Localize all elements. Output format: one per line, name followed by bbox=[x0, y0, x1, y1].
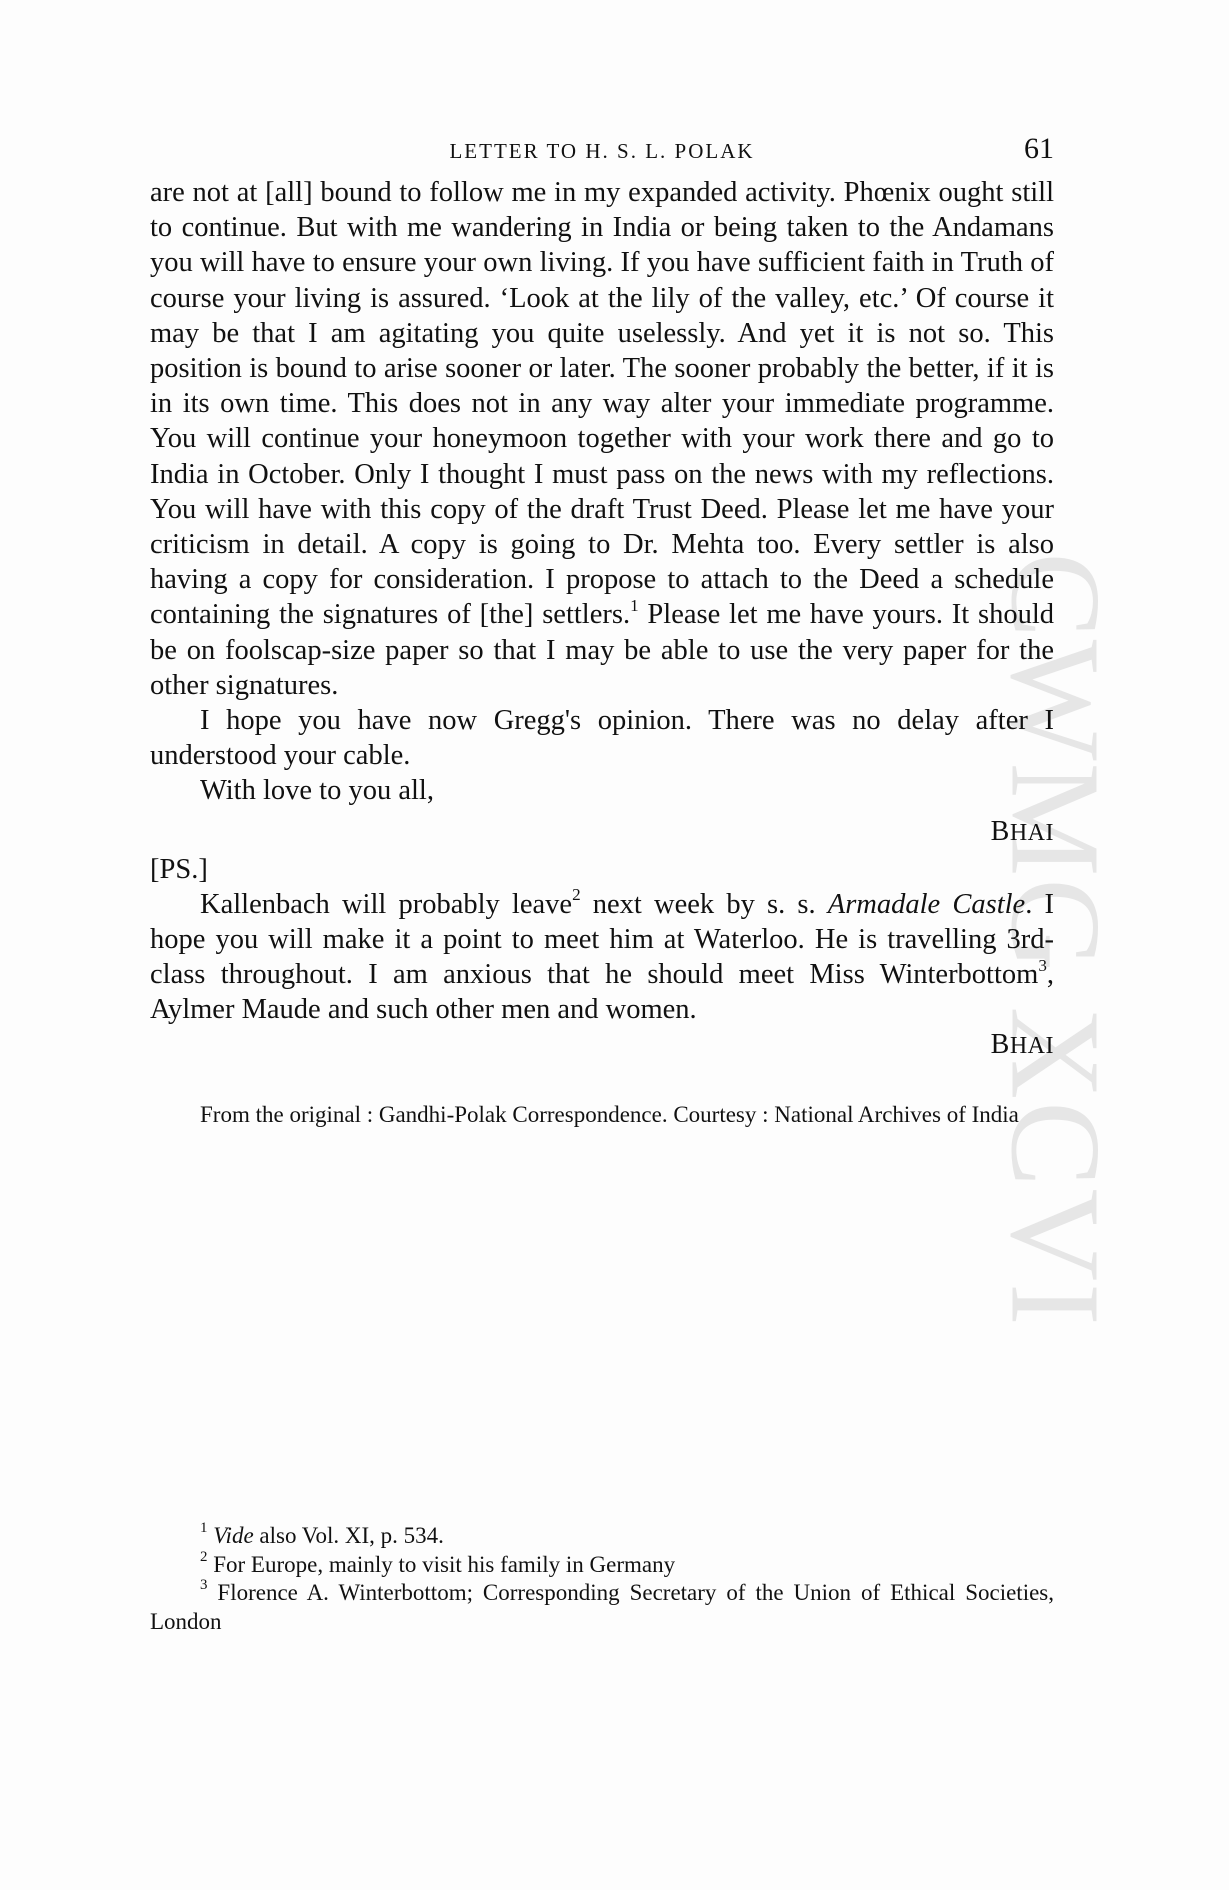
footnotes: 1 Vide also Vol. XI, p. 534. 2 For Europ… bbox=[150, 1522, 1054, 1636]
running-head: LETTER TO H. S. L. POLAK 61 bbox=[150, 134, 1054, 166]
footnote-ref-1[interactable]: 1 bbox=[630, 596, 639, 615]
signature: BHAI bbox=[150, 815, 1054, 850]
source-text: From the original : Gandhi-Polak Corresp… bbox=[150, 1100, 1054, 1129]
paragraph-2: I hope you have now Gregg's opinion. The… bbox=[150, 703, 1054, 773]
closing: With love to you all, bbox=[150, 773, 1054, 808]
footnote-ref-3[interactable]: 3 bbox=[1038, 956, 1047, 975]
ship-name: Armadale Castle bbox=[828, 889, 1025, 920]
document-page: CWMG XCVI LETTER TO H. S. L. POLAK 61 ar… bbox=[0, 0, 1229, 1890]
footnote-ref-2[interactable]: 2 bbox=[572, 885, 581, 904]
paragraph-1: are not at [all] bound to follow me in m… bbox=[150, 175, 1054, 703]
footnote-3: 3 Florence A. Winterbottom; Correspondin… bbox=[150, 1579, 1054, 1636]
page-number: 61 bbox=[1024, 132, 1054, 166]
running-head-title: LETTER TO H. S. L. POLAK bbox=[150, 139, 1054, 164]
footnote-2: 2 For Europe, mainly to visit his family… bbox=[150, 1551, 1054, 1580]
source-note: From the original : Gandhi-Polak Corresp… bbox=[150, 1100, 1054, 1129]
letter-body: are not at [all] bound to follow me in m… bbox=[150, 175, 1054, 1063]
signature-2: BHAI bbox=[150, 1028, 1054, 1063]
ps-paragraph: Kallenbach will probably leave2 next wee… bbox=[150, 887, 1054, 1028]
ps-label: [PS.] bbox=[150, 852, 1054, 887]
footnote-1: 1 Vide also Vol. XI, p. 534. bbox=[150, 1522, 1054, 1551]
